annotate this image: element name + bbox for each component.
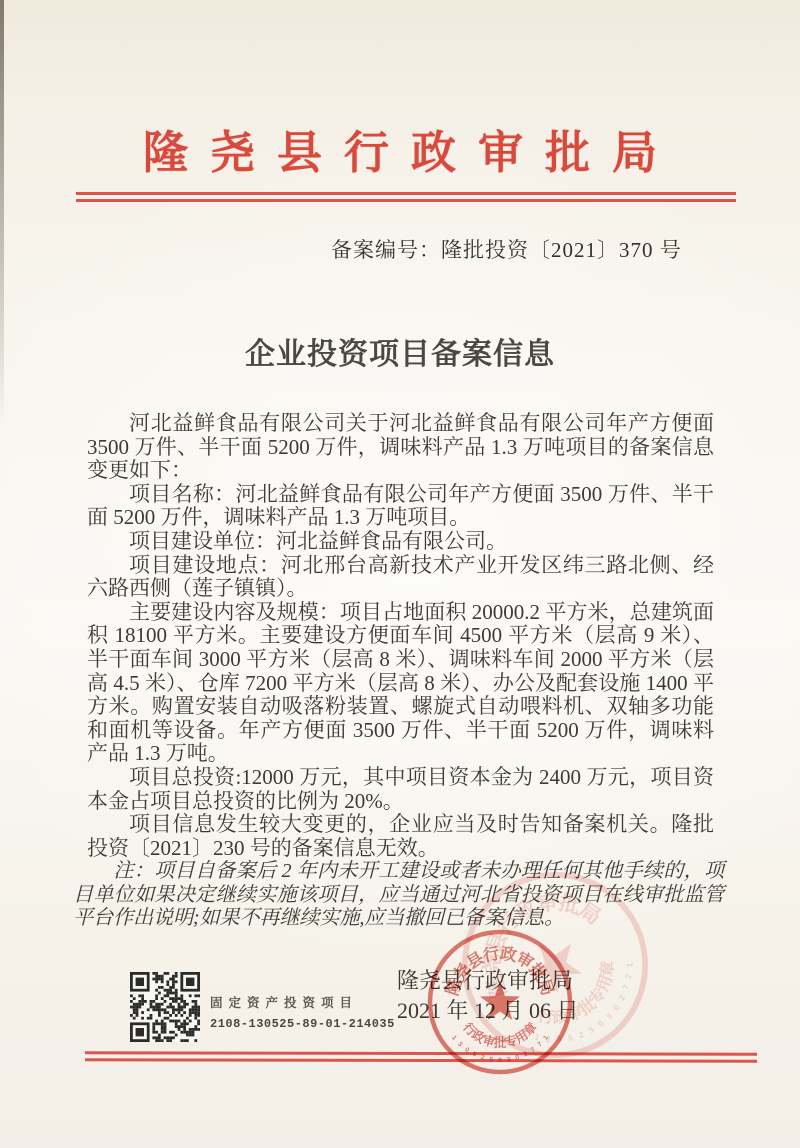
svg-text:2: 2 xyxy=(577,1029,585,1040)
svg-text:0: 0 xyxy=(611,1002,622,1012)
svg-text:县: 县 xyxy=(482,928,512,956)
svg-text:审: 审 xyxy=(481,1032,498,1050)
letterhead-divider-rule xyxy=(76,192,736,202)
scanned-document-page: 隆尧县行政审批局 备案编号：隆批投资〔2021〕370 号 企业投资项目备案信息… xyxy=(0,0,800,1148)
svg-text:2: 2 xyxy=(616,993,627,1002)
paragraph-intro: 河北益鲜食品有限公司关于河北益鲜食品有限公司年产方便面 3500 万件、半干面 … xyxy=(87,412,714,483)
svg-text:1: 1 xyxy=(624,962,634,967)
svg-text:3: 3 xyxy=(545,1034,551,1044)
paragraph-project-site: 项目建设地点：河北邢台高新技术产业开发区纬三路北侧、经六路西侧（莲子镇镇）。 xyxy=(87,554,714,601)
svg-text:1: 1 xyxy=(542,1034,550,1041)
svg-text:用: 用 xyxy=(594,972,616,993)
footer-divider-rule xyxy=(85,1051,757,1062)
paragraph-scope: 主要建设内容及规模：项目占地面积 20000.2 平方米，总建筑面积 18100… xyxy=(87,601,714,766)
qr-code xyxy=(130,972,200,1042)
signature-date: 2021 年 12 月 06 日 xyxy=(397,996,579,1026)
svg-text:7: 7 xyxy=(536,1041,544,1049)
filing-number: 备案编号：隆批投资〔2021〕370 号 xyxy=(331,234,682,264)
signature-agency: 隆尧县行政审批局 xyxy=(397,966,579,996)
paragraph-project-name: 项目名称：河北益鲜食品有限公司年产方便面 3500 万件、半干面 5200 万件… xyxy=(87,483,714,530)
paragraph-investment: 项目总投资:12000 万元，其中项目资本金为 2400 万元，项目资本金占项目… xyxy=(87,766,714,813)
qr-code-number: 2108-130525-89-01-214035 xyxy=(210,1017,395,1031)
svg-text:批: 批 xyxy=(575,994,599,1019)
svg-text:3: 3 xyxy=(456,1041,464,1049)
paragraph-change-info: 项目信息发生较大变更的，企业应当及时告知备案机关。隆批投资〔2021〕230 号… xyxy=(87,813,714,860)
svg-text:1: 1 xyxy=(534,1032,541,1043)
document-title: 企业投资项目备案信息 xyxy=(0,329,800,373)
svg-text:0: 0 xyxy=(596,1018,606,1029)
svg-text:行: 行 xyxy=(481,943,501,966)
qr-code-image xyxy=(130,972,200,1042)
svg-text:专: 专 xyxy=(503,1032,520,1050)
qr-label: 固定资产投资项目 xyxy=(210,993,358,1011)
svg-text:专: 专 xyxy=(585,984,610,1008)
svg-text:用: 用 xyxy=(513,1028,531,1047)
svg-text:5: 5 xyxy=(587,1024,596,1035)
svg-text:0: 0 xyxy=(557,1034,563,1044)
svg-text:政: 政 xyxy=(468,1026,488,1046)
svg-text:1: 1 xyxy=(450,1034,458,1041)
paragraph-note: 注：项目自备案后 2 年内未开工建设或者未办理任何其他手续的，项目单位如果决定继… xyxy=(73,860,724,931)
document-body: 河北益鲜食品有限公司关于河北益鲜食品有限公司年产方便面 3500 万件、半干面 … xyxy=(87,412,714,931)
signature-block: 隆尧县行政审批局 2021 年 12 月 06 日 xyxy=(397,966,579,1026)
svg-text:7: 7 xyxy=(623,973,634,979)
svg-text:3: 3 xyxy=(604,1011,615,1021)
svg-text:批: 批 xyxy=(494,1035,507,1050)
svg-text:5: 5 xyxy=(567,1032,574,1043)
agency-letterhead-title: 隆尧县行政审批局 xyxy=(0,116,800,181)
paragraph-project-unit: 项目建设单位：河北益鲜食品有限公司。 xyxy=(87,530,714,554)
svg-text:政: 政 xyxy=(499,943,519,966)
svg-text:章: 章 xyxy=(597,960,617,977)
svg-text:7: 7 xyxy=(620,983,631,991)
